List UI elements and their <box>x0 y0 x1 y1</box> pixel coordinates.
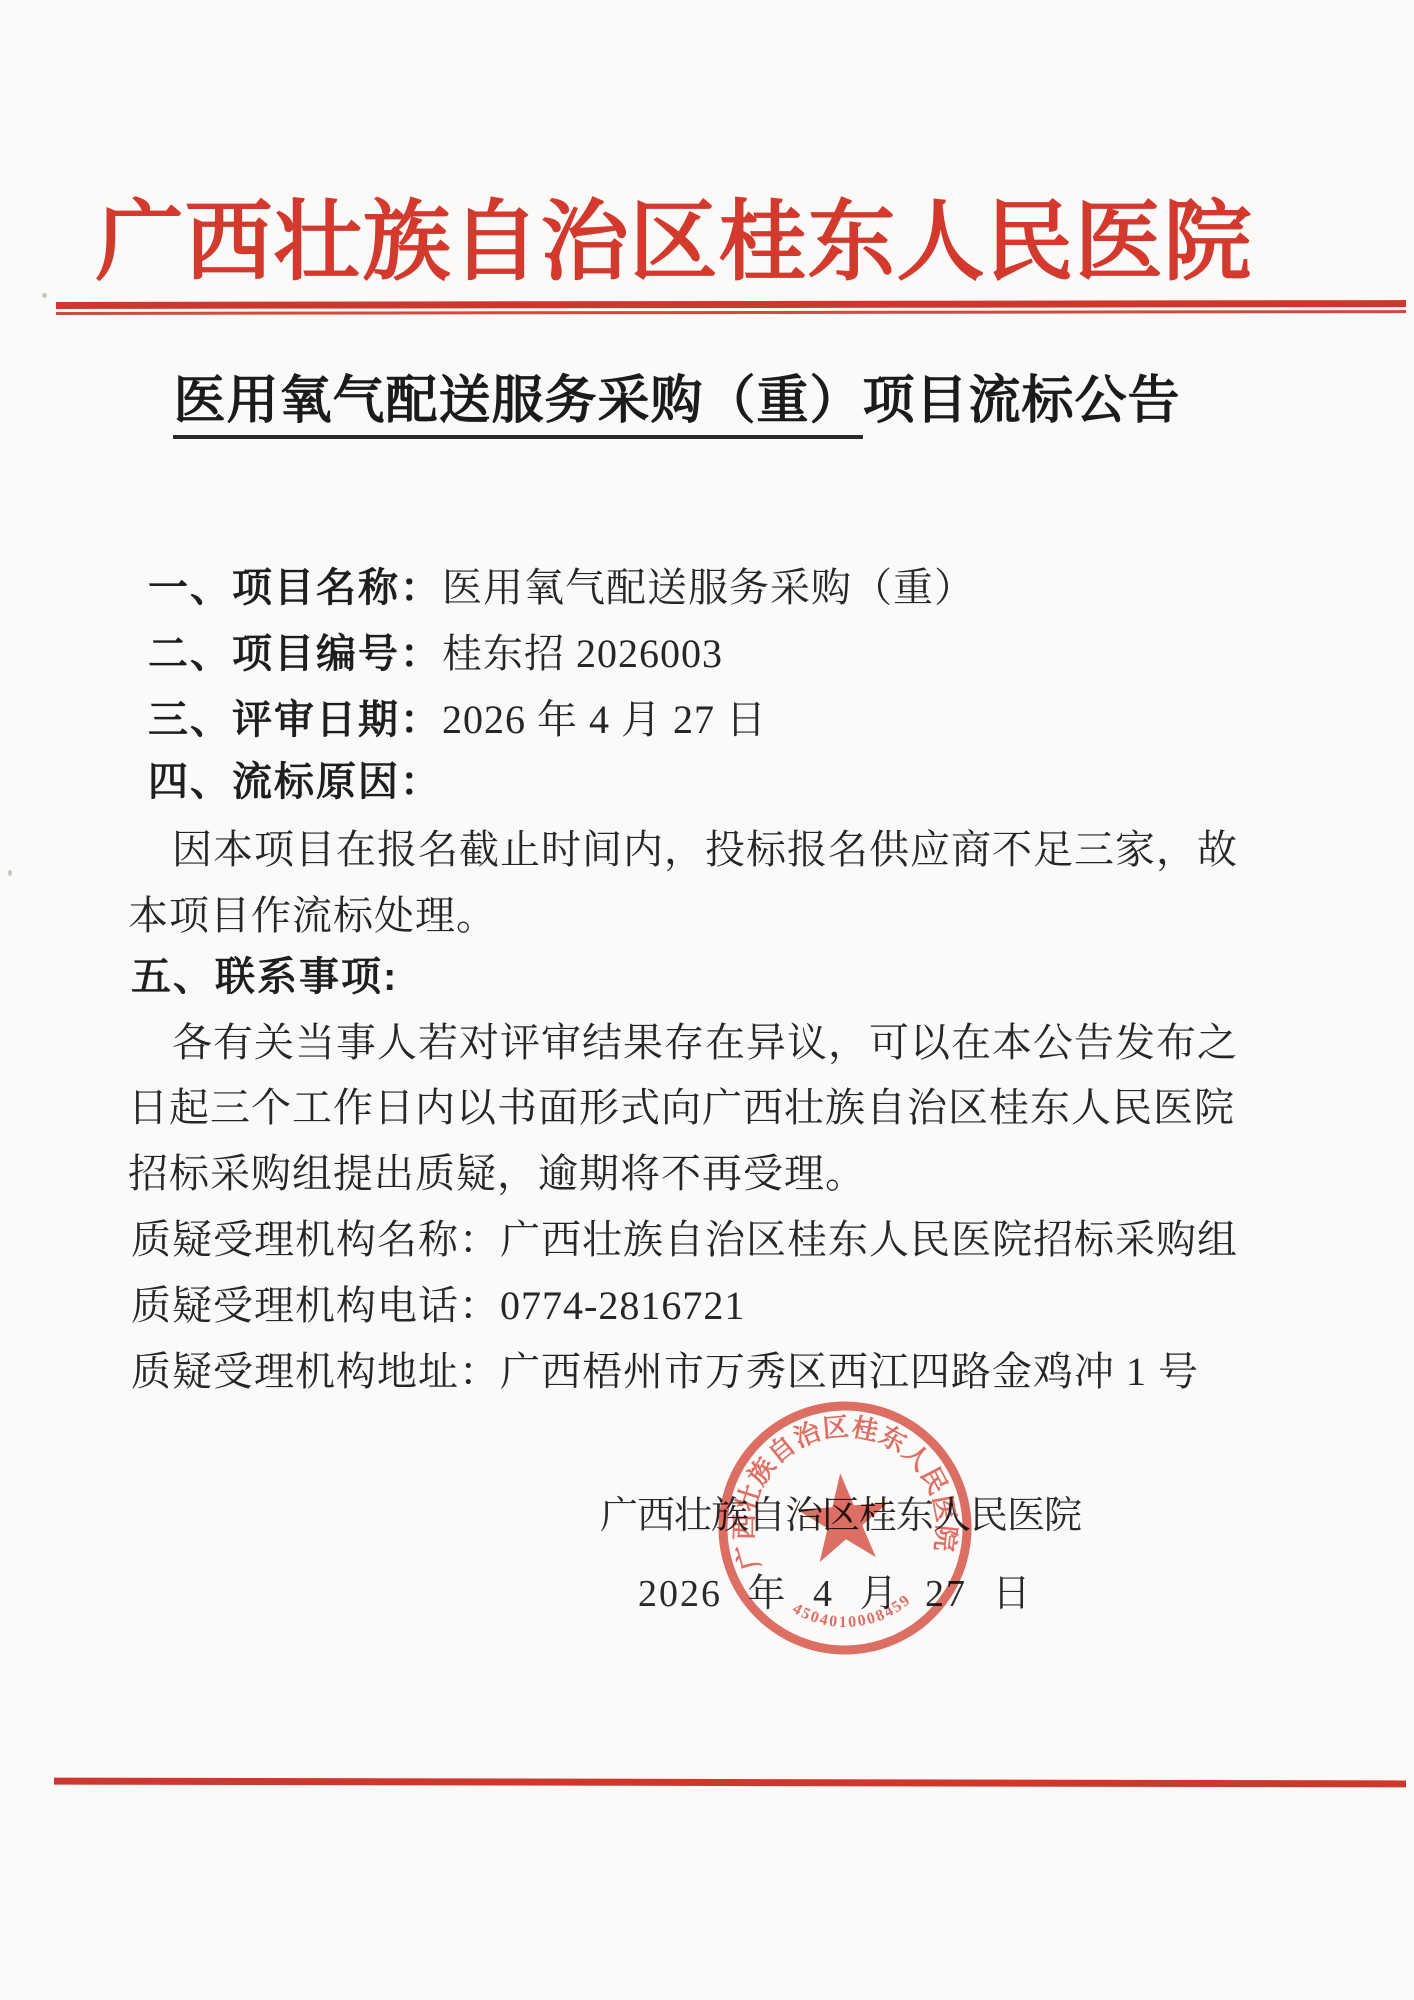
challenge-org-address-value: 广西梧州市万秀区西江四路金鸡冲 1 号 <box>500 1349 1199 1394</box>
masthead-divider <box>56 300 1406 315</box>
contact-heading: 五、联系事项: <box>131 945 398 1002</box>
document-title-underlined-part: 医用氧气配送服务采购（重） <box>173 373 862 439</box>
document-title: 医用氧气配送服务采购（重）项目流标公告 <box>0 358 1354 433</box>
project-number-value: 桂东招 2026003 <box>442 631 723 676</box>
hospital-masthead-title: 广西壮族自治区桂东人民医院 <box>0 172 1348 298</box>
masthead-divider-thin-line <box>56 310 1406 315</box>
challenge-org-address-line: 质疑受理机构地址：广西梧州市万秀区西江四路金鸡冲 1 号 <box>131 1340 1199 1397</box>
challenge-org-name-line: 质疑受理机构名称：广西壮族自治区桂东人民医院招标采购组 <box>131 1208 1238 1265</box>
reason-paragraph-line-1: 因本项目在报名截止时间内，投标报名供应商不足三家，故 <box>172 818 1238 875</box>
fail-reason-heading: 四、流标原因： <box>148 750 442 807</box>
fail-reason-label: 四、流标原因： <box>148 760 442 804</box>
scan-speck <box>8 870 12 876</box>
masthead-divider-thick-line <box>56 300 1406 309</box>
reason-paragraph-line-2: 本项目作流标处理。 <box>128 884 497 941</box>
contact-paragraph-line-3: 招标采购组提出质疑，逾期将不再受理。 <box>128 1142 866 1199</box>
contact-paragraph-line-1: 各有关当事人若对评审结果存在异议，可以在本公告发布之 <box>172 1011 1238 1068</box>
review-date-value: 2026 年 4 月 27 日 <box>442 697 767 742</box>
document-title-plain-part: 项目流标公告 <box>863 373 1181 430</box>
challenge-org-name-label: 质疑受理机构名称： <box>131 1217 500 1262</box>
project-name-line: 一、项目名称：医用氧气配送服务采购（重） <box>148 556 975 613</box>
challenge-org-name-value: 广西壮族自治区桂东人民医院招标采购组 <box>500 1217 1238 1262</box>
review-date-label: 三、评审日期： <box>148 698 442 742</box>
contact-paragraph-line-2: 日起三个工作日内以书面形式向广西壮族自治区桂东人民医院 <box>128 1076 1235 1133</box>
review-date-line: 三、评审日期：2026 年 4 月 27 日 <box>148 688 767 745</box>
project-name-value: 医用氧气配送服务采购（重） <box>442 565 975 610</box>
footer-divider <box>54 1778 1406 1788</box>
challenge-org-phone-label: 质疑受理机构电话： <box>131 1283 500 1328</box>
project-number-label: 二、项目编号： <box>148 632 442 676</box>
challenge-org-phone-value: 0774-2816721 <box>500 1283 745 1328</box>
announcement-document: 广西壮族自治区桂东人民医院 医用氧气配送服务采购（重）项目流标公告 一、项目名称… <box>0 0 1414 2000</box>
signature-organization: 广西壮族自治区桂东人民医院 <box>600 1484 1081 1539</box>
scan-speck <box>42 293 47 298</box>
project-name-label: 一、项目名称： <box>148 566 442 610</box>
signature-date: 2026 年 4 月 27 日 <box>638 1562 1033 1617</box>
challenge-org-phone-line: 质疑受理机构电话：0774-2816721 <box>131 1274 745 1331</box>
project-number-line: 二、项目编号：桂东招 2026003 <box>148 622 723 679</box>
contact-label: 五、联系事项: <box>131 955 398 999</box>
challenge-org-address-label: 质疑受理机构地址： <box>131 1349 500 1394</box>
